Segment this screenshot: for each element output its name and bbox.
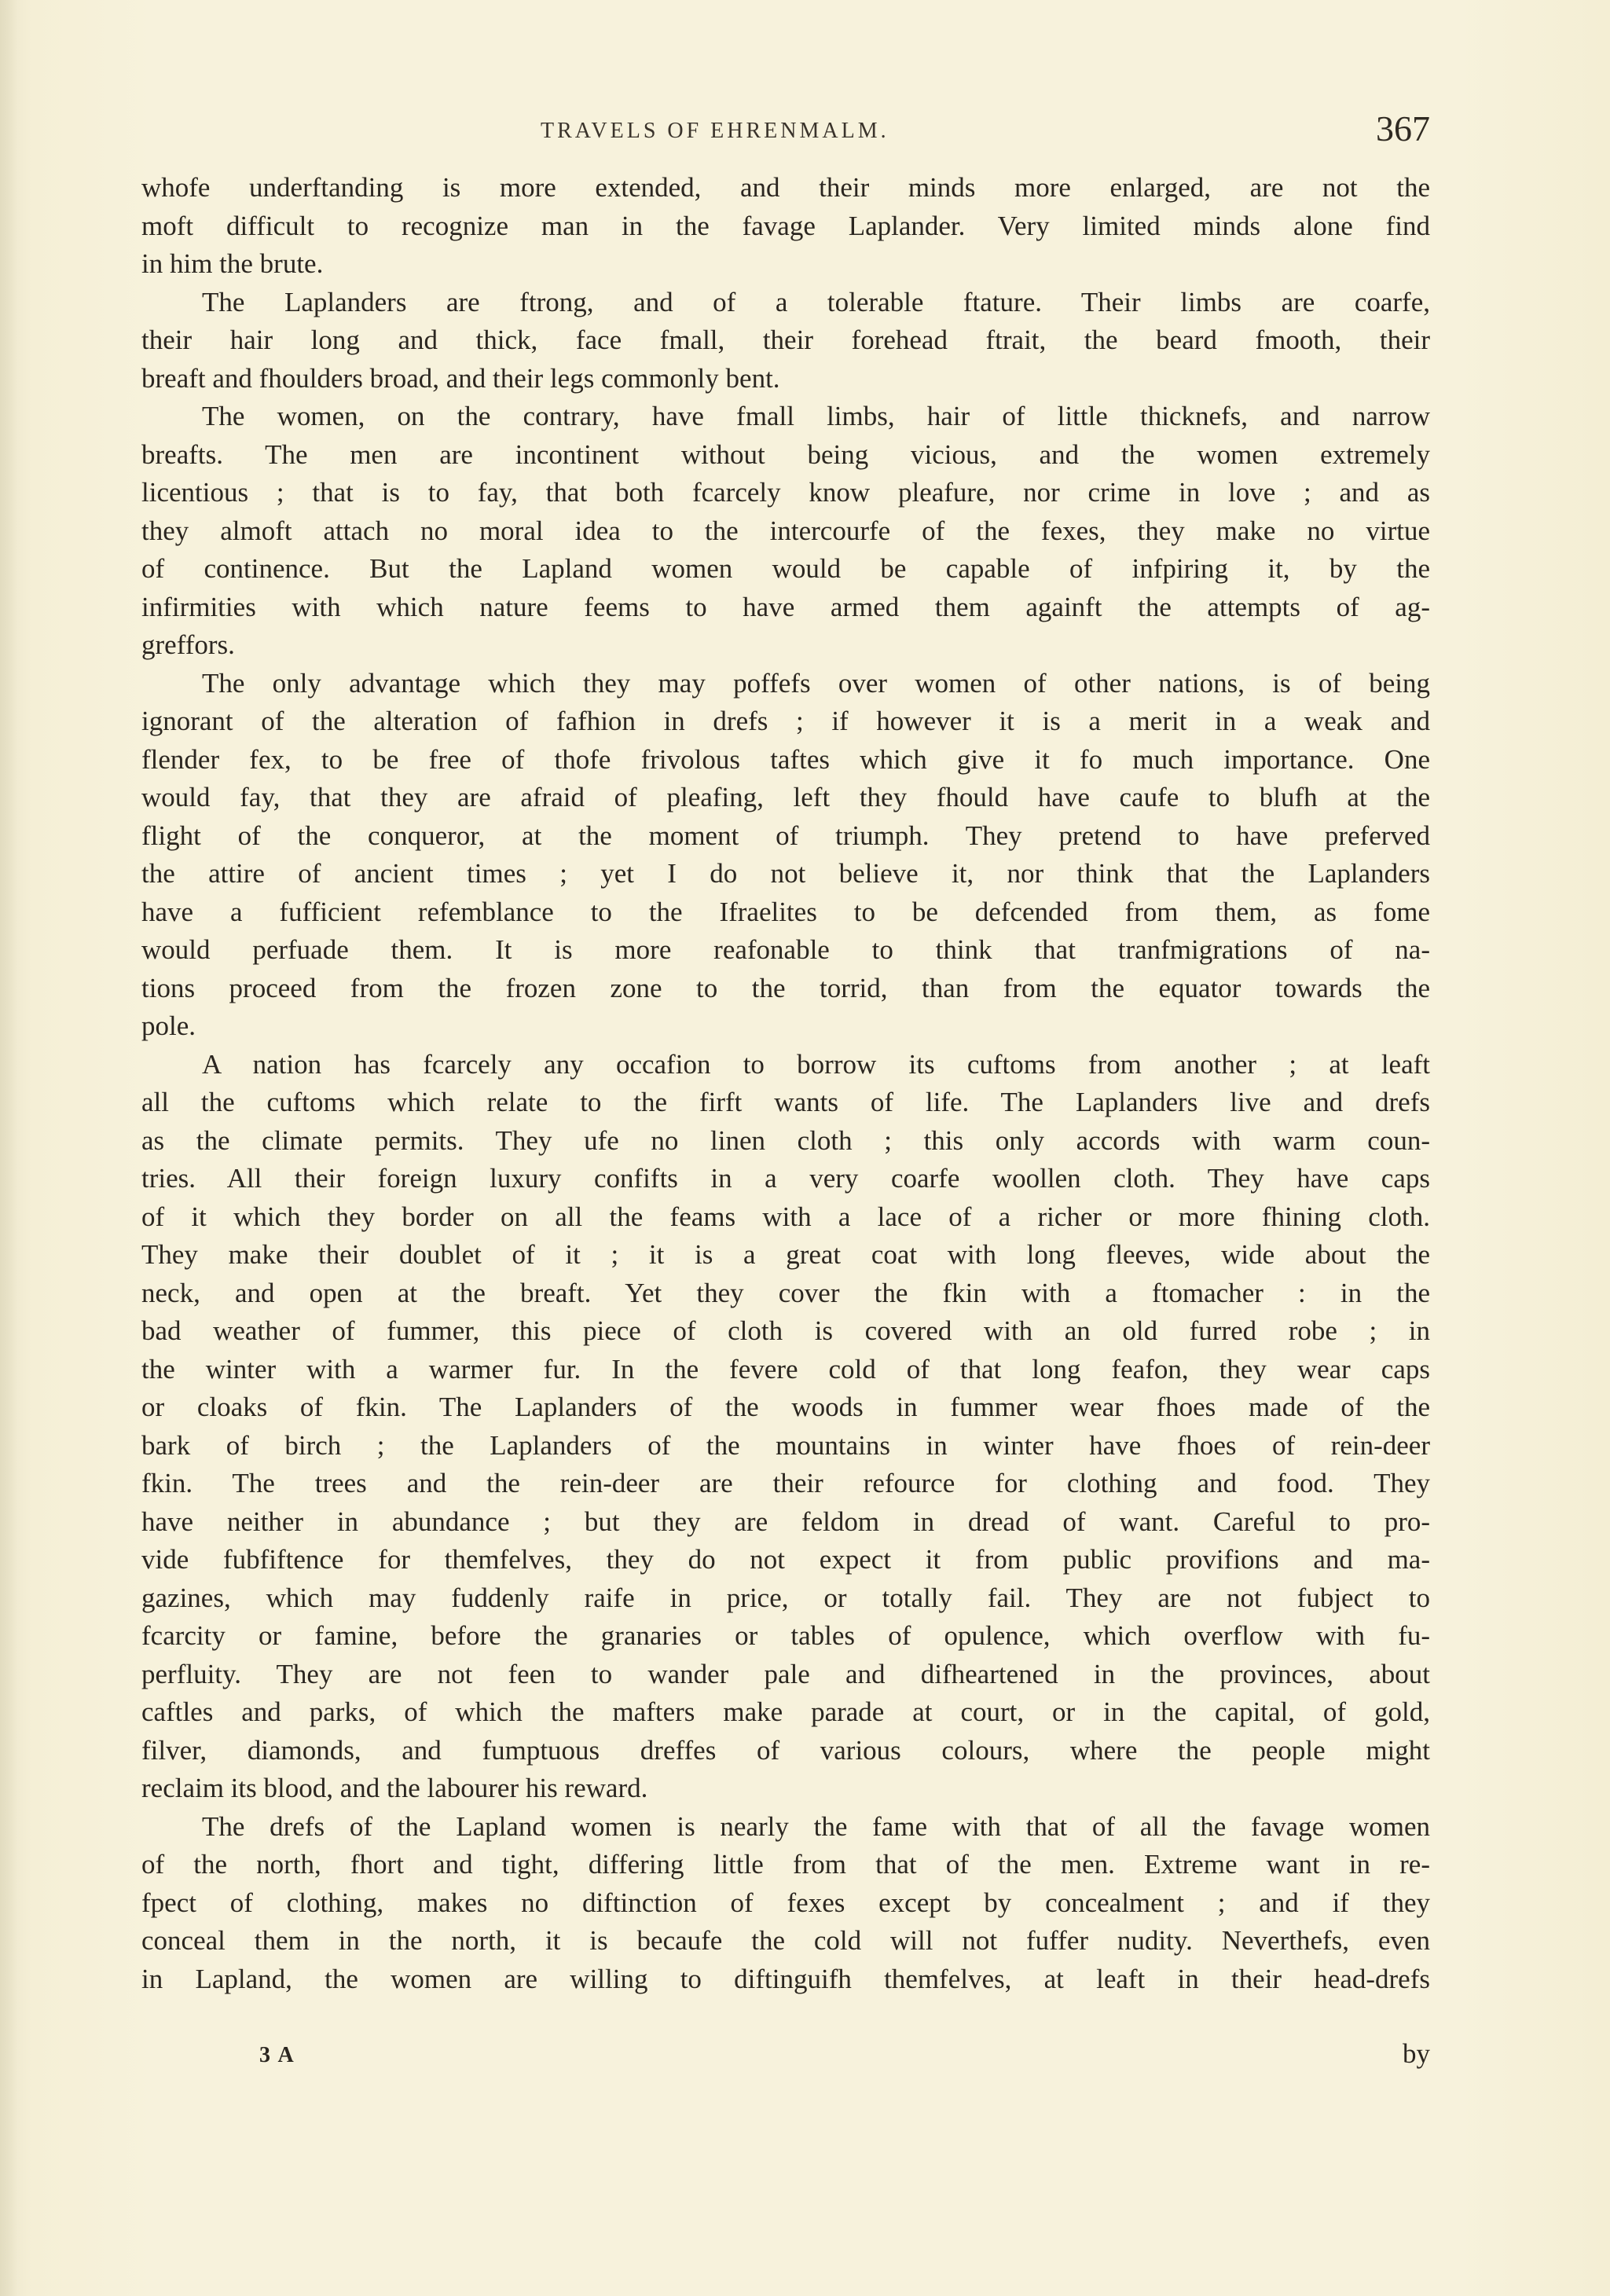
text-line: have neither in abundance ; but they are… bbox=[141, 1503, 1430, 1542]
text-line: flender fex, to be free of thofe frivolo… bbox=[141, 741, 1430, 779]
text-line: their hair long and thick, face fmall, t… bbox=[141, 321, 1430, 360]
text-line: bark of birch ; the Laplanders of the mo… bbox=[141, 1427, 1430, 1465]
text-line: breafts. The men are incontinent without… bbox=[141, 436, 1430, 475]
text-line: licentious ; that is to fay, that both f… bbox=[141, 474, 1430, 512]
page-footer: 3 A by bbox=[141, 2043, 1430, 2090]
text-line: ignorant of the alteration of fafhion in… bbox=[141, 702, 1430, 741]
text-line: of it which they border on all the feams… bbox=[141, 1198, 1430, 1237]
text-line: perfluity. They are not feen to wander p… bbox=[141, 1656, 1430, 1694]
text-line: filver, diamonds, and fumptuous dreffes … bbox=[141, 1732, 1430, 1770]
text-line: would fay, that they are afraid of pleaf… bbox=[141, 779, 1430, 817]
text-line: They make their doublet of it ; it is a … bbox=[141, 1236, 1430, 1275]
running-title: TRAVELS OF EHRENMALM. bbox=[541, 119, 889, 144]
signature-mark: 3 A bbox=[259, 2043, 295, 2068]
text-line: fkin. The trees and the rein-deer are th… bbox=[141, 1465, 1430, 1503]
text-line: all the cuftoms which relate to the firf… bbox=[141, 1084, 1430, 1122]
paragraph-first-line: The drefs of the Lapland women is nearly… bbox=[141, 1808, 1430, 1847]
text-line: infirmities with which nature feems to h… bbox=[141, 589, 1430, 627]
text-line: fpect of clothing, makes no diftinction … bbox=[141, 1884, 1430, 1923]
body-text: whofe underftanding is more extended, an… bbox=[141, 169, 1430, 1998]
text-line: greffors. bbox=[141, 626, 1430, 665]
text-line: whofe underftanding is more extended, an… bbox=[141, 169, 1430, 207]
text-line: of continence. But the Lapland women wou… bbox=[141, 550, 1430, 589]
text-line: moft difficult to recognize man in the f… bbox=[141, 207, 1430, 246]
text-line: breaft and fhoulders broad, and their le… bbox=[141, 360, 1430, 398]
running-head: TRAVELS OF EHRENMALM. 367 bbox=[141, 112, 1430, 160]
text-line: tries. All their foreign luxury confifts… bbox=[141, 1160, 1430, 1198]
text-line: or cloaks of fkin. The Laplanders of the… bbox=[141, 1388, 1430, 1427]
gutter-shadow bbox=[0, 0, 17, 2296]
text-line: pole. bbox=[141, 1007, 1430, 1046]
text-line: reclaim its blood, and the labourer his … bbox=[141, 1770, 1430, 1808]
text-line: the attire of ancient times ; yet I do n… bbox=[141, 855, 1430, 893]
text-line: conceal them in the north, it is becaufe… bbox=[141, 1922, 1430, 1960]
text-line: as the climate permits. They ufe no line… bbox=[141, 1122, 1430, 1161]
text-line: neck, and open at the breaft. Yet they c… bbox=[141, 1275, 1430, 1313]
text-line: in him the brute. bbox=[141, 245, 1430, 284]
paragraph-first-line: A nation has fcarcely any occafion to bo… bbox=[141, 1046, 1430, 1084]
text-line: in Lapland, the women are willing to dif… bbox=[141, 1960, 1430, 1999]
text-line: gazines, which may fuddenly raife in pri… bbox=[141, 1579, 1430, 1618]
text-line: tions proceed from the frozen zone to th… bbox=[141, 970, 1430, 1008]
text-line: have a fufficient refemblance to the Ifr… bbox=[141, 893, 1430, 932]
catchword: by bbox=[1403, 2038, 1430, 2070]
book-page: TRAVELS OF EHRENMALM. 367 whofe underfta… bbox=[0, 0, 1610, 2296]
text-line: the winter with a warmer fur. In the fev… bbox=[141, 1351, 1430, 1389]
text-line: bad weather of fummer, this piece of clo… bbox=[141, 1312, 1430, 1351]
paragraph-first-line: The only advantage which they may poffef… bbox=[141, 665, 1430, 703]
paragraph-first-line: The women, on the contrary, have fmall l… bbox=[141, 398, 1430, 436]
text-line: vide fubfiftence for themfelves, they do… bbox=[141, 1541, 1430, 1579]
text-line: fcarcity or famine, before the granaries… bbox=[141, 1617, 1430, 1656]
page-number: 367 bbox=[1376, 108, 1430, 149]
text-line: would perfuade them. It is more reafonab… bbox=[141, 931, 1430, 970]
text-line: flight of the conqueror, at the moment o… bbox=[141, 817, 1430, 856]
paragraph-first-line: The Laplanders are ftrong, and of a tole… bbox=[141, 284, 1430, 322]
text-line: of the north, fhort and tight, differing… bbox=[141, 1846, 1430, 1884]
text-line: they almoft attach no moral idea to the … bbox=[141, 512, 1430, 551]
text-line: caftles and parks, of which the mafters … bbox=[141, 1693, 1430, 1732]
